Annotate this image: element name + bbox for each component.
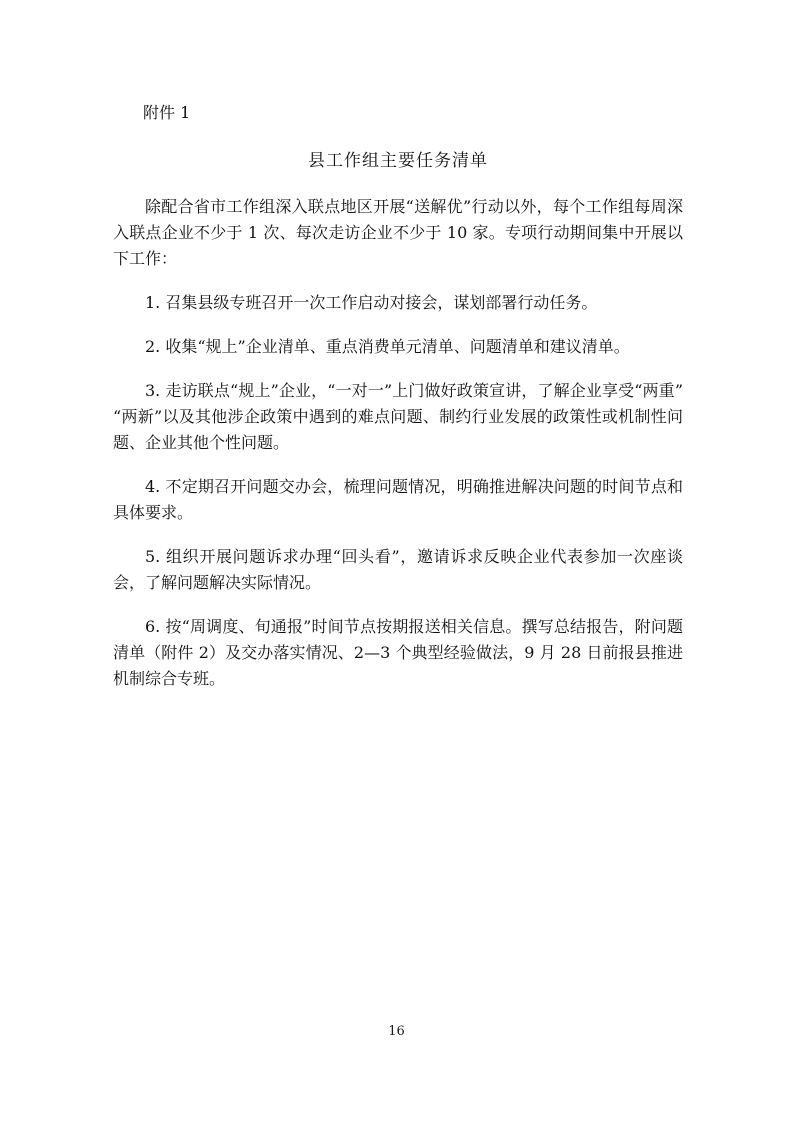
body-paragraphs: 除配合省市工作组深入联点地区开展“送解优”行动以外，每个工作组每周深入联点企业不… <box>113 194 683 692</box>
document-page: 附件 1 县工作组主要任务清单 除配合省市工作组深入联点地区开展“送解优”行动以… <box>0 0 793 1122</box>
paragraph: 3. 走访联点“规上”企业，“一对一”上门做好政策宣讲，了解企业享受“两重”“两… <box>113 378 683 456</box>
page-number: 16 <box>0 1024 793 1039</box>
paragraph: 6. 按“周调度、旬通报”时间节点按期报送相关信息。撰写总结报告，附问题清单（附… <box>113 614 683 692</box>
document-content: 附件 1 县工作组主要任务清单 除配合省市工作组深入联点地区开展“送解优”行动以… <box>113 100 683 710</box>
attachment-label: 附件 1 <box>113 100 683 126</box>
paragraph: 1. 召集县级专班召开一次工作启动对接会，谋划部署行动任务。 <box>113 290 683 316</box>
paragraph: 5. 组织开展问题诉求办理“回头看”，邀请诉求反映企业代表参加一次座谈会，了解问… <box>113 544 683 596</box>
paragraph: 除配合省市工作组深入联点地区开展“送解优”行动以外，每个工作组每周深入联点企业不… <box>113 194 683 272</box>
paragraph: 4. 不定期召开问题交办会，梳理问题情况，明确推进解决问题的时间节点和具体要求。 <box>113 474 683 526</box>
paragraph: 2. 收集“规上”企业清单、重点消费单元清单、问题清单和建议清单。 <box>113 334 683 360</box>
document-title: 县工作组主要任务清单 <box>113 148 683 174</box>
